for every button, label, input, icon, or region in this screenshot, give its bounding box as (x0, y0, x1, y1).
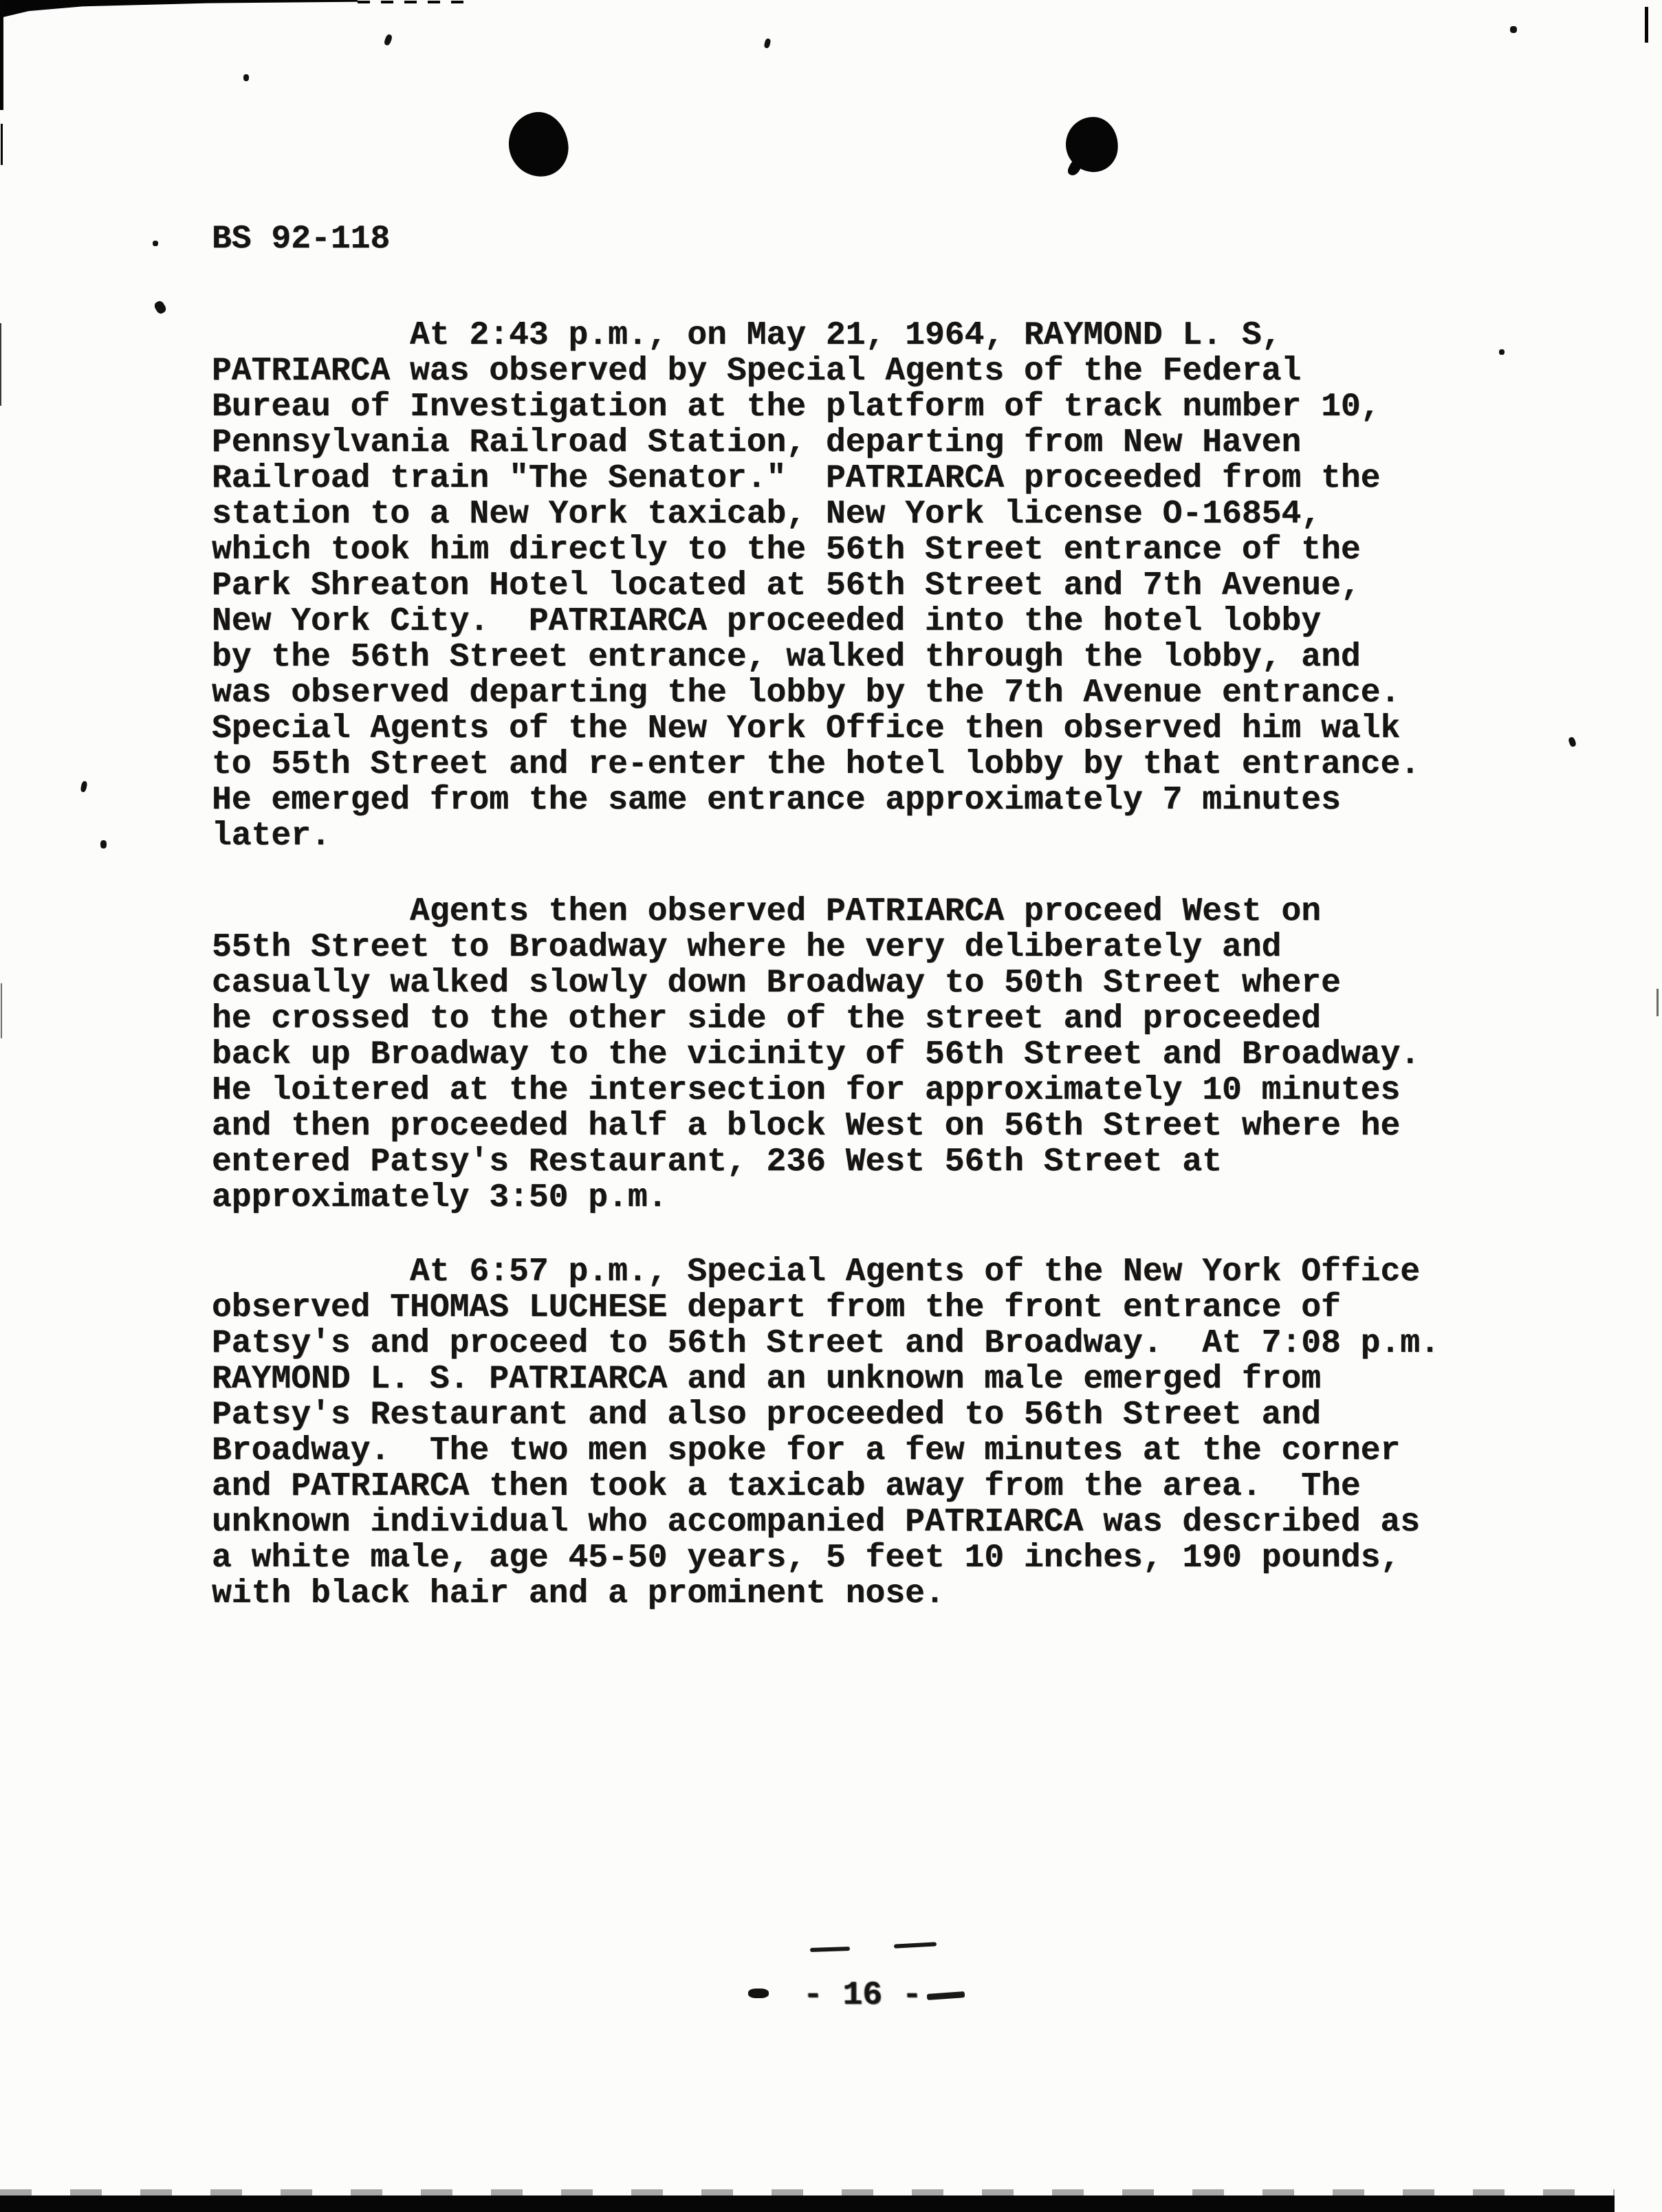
case-file-number: BS 92-118 (212, 221, 390, 257)
scan-left-border (0, 323, 1, 406)
scan-left-border (1, 983, 2, 1038)
scan-speck (384, 34, 393, 46)
scan-top-border (0, 0, 358, 18)
scan-smudge-dash (894, 1942, 937, 1948)
scan-speck (153, 241, 158, 246)
scan-right-tick (1645, 7, 1648, 43)
scan-bottom-border (0, 2195, 1615, 2212)
paragraph-surveillance-arrival: At 2:43 p.m., on May 21, 1964, RAYMOND L… (212, 318, 1420, 854)
scan-speck (1510, 26, 1517, 33)
paragraph-restaurant-meeting: At 6:57 p.m., Special Agents of the New … (212, 1254, 1440, 1612)
scan-bottom-smear (0, 2189, 1615, 2195)
scanned-document-page: BS 92-118 At 2:43 p.m., on May 21, 1964,… (0, 0, 1662, 2212)
scan-left-border (0, 0, 3, 110)
scan-speck (80, 780, 87, 792)
paragraph-broadway-walk: Agents then observed PATRIARCA proceed W… (212, 894, 1420, 1216)
scan-speck (1499, 349, 1505, 355)
scan-speck (1568, 736, 1577, 747)
scan-right-tick (1656, 989, 1659, 1016)
hole-punch-dot (1064, 115, 1121, 174)
scan-top-border-dots (358, 1, 468, 3)
scan-speck (153, 300, 167, 316)
scan-left-border (1, 124, 3, 165)
scan-speck (763, 38, 771, 49)
scan-smudge-dash (810, 1947, 850, 1952)
hole-punch-dot (505, 109, 572, 180)
scan-speck (748, 1989, 769, 1998)
scan-speck (100, 840, 107, 848)
scan-smudge-dash (927, 1991, 965, 2000)
page-number: - 16 - (803, 1978, 922, 2013)
scan-speck (243, 74, 249, 81)
